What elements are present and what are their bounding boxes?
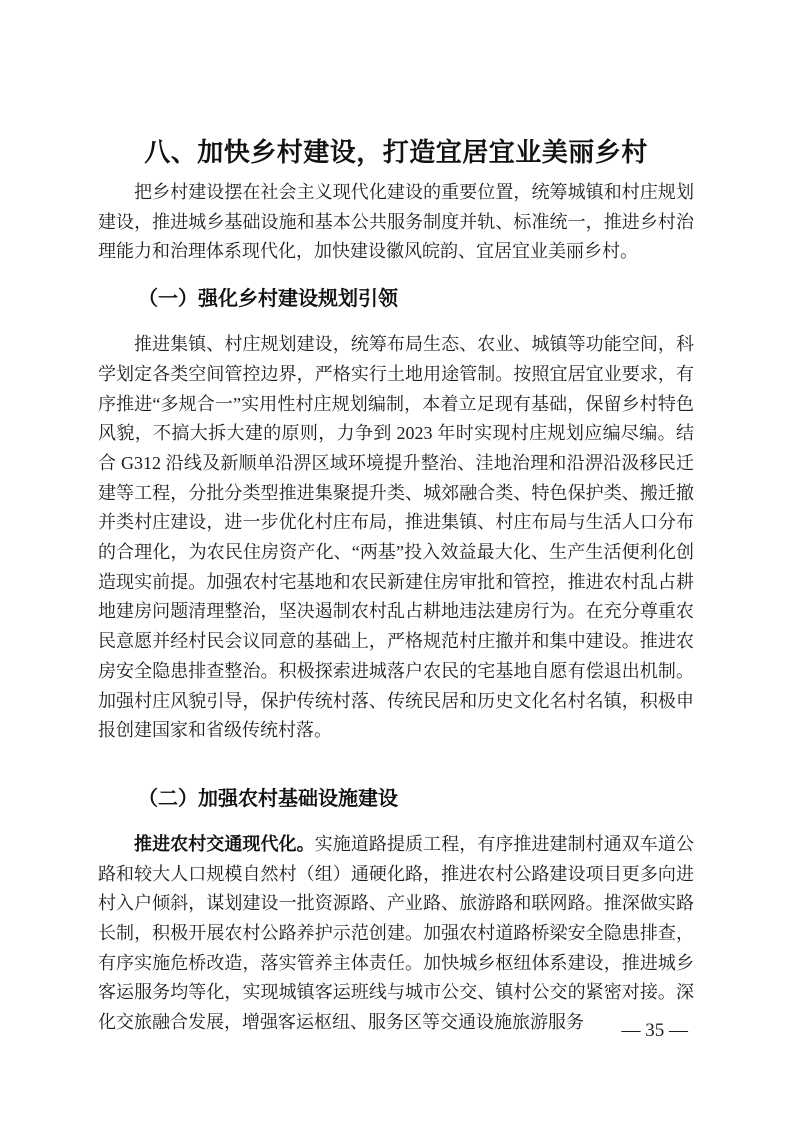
section-2: （二）加强农村基础设施建设 推进农村交通现代化。实施道路提质工程，有序推进建制村… bbox=[98, 784, 694, 1038]
document-page: 八、加快乡村建设，打造宜居宜业美丽乡村 把乡村建设摆在社会主义现代化建设的重要位… bbox=[0, 0, 793, 1122]
section-2-paragraph: 推进农村交通现代化。实施道路提质工程，有序推进建制村通双车道公路和较大人口规模自… bbox=[98, 830, 694, 1038]
section-2-heading: （二）加强农村基础设施建设 bbox=[98, 784, 694, 814]
section-1: （一）强化乡村建设规划引领 推进集镇、村庄规划建设，统筹布局生态、农业、城镇等功… bbox=[98, 284, 694, 746]
intro-paragraph: 把乡村建设摆在社会主义现代化建设的重要位置，统筹城镇和村庄规划建设，推进城乡基础… bbox=[98, 178, 694, 267]
section-1-heading: （一）强化乡村建设规划引领 bbox=[98, 284, 694, 314]
page-number: — 35 — bbox=[622, 1020, 689, 1042]
section-1-paragraph: 推进集镇、村庄规划建设，统筹布局生态、农业、城镇等功能空间，科学划定各类空间管控… bbox=[98, 330, 694, 746]
section-2-paragraph-lead: 推进农村交通现代化。 bbox=[134, 834, 315, 854]
section-2-paragraph-text: 实施道路提质工程，有序推进建制村通双车道公路和较大人口规模自然村（组）通硬化路，… bbox=[98, 834, 694, 1032]
page-title: 八、加快乡村建设，打造宜居宜业美丽乡村 bbox=[98, 134, 694, 170]
section-1-paragraph-text: 推进集镇、村庄规划建设，统筹布局生态、农业、城镇等功能空间，科学划定各类空间管控… bbox=[98, 334, 694, 740]
